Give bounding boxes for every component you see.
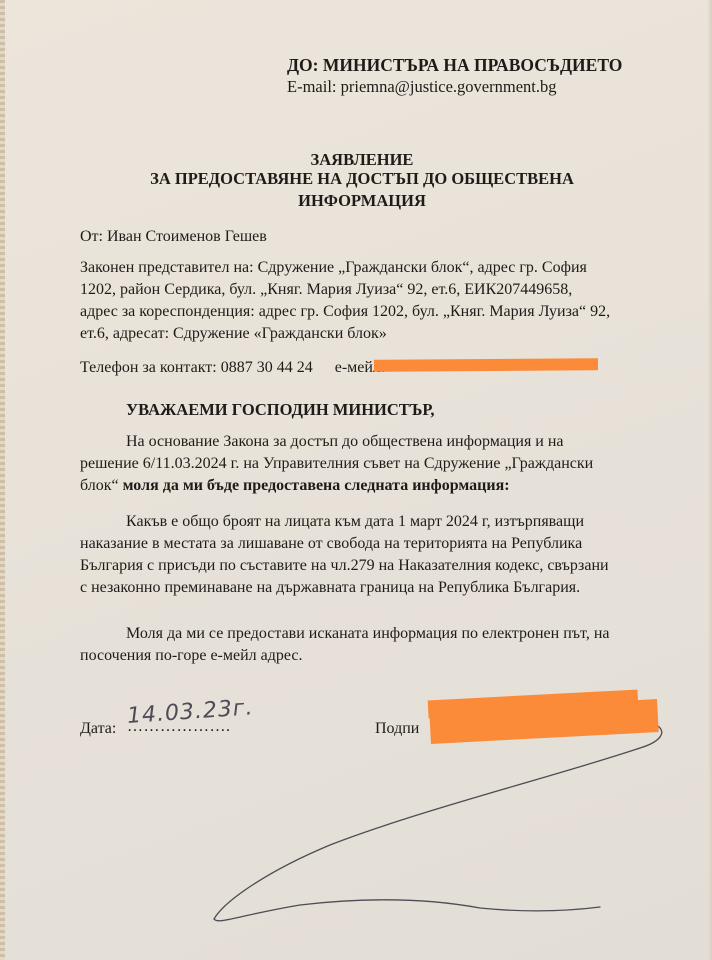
signature-stroke xyxy=(0,0,712,960)
